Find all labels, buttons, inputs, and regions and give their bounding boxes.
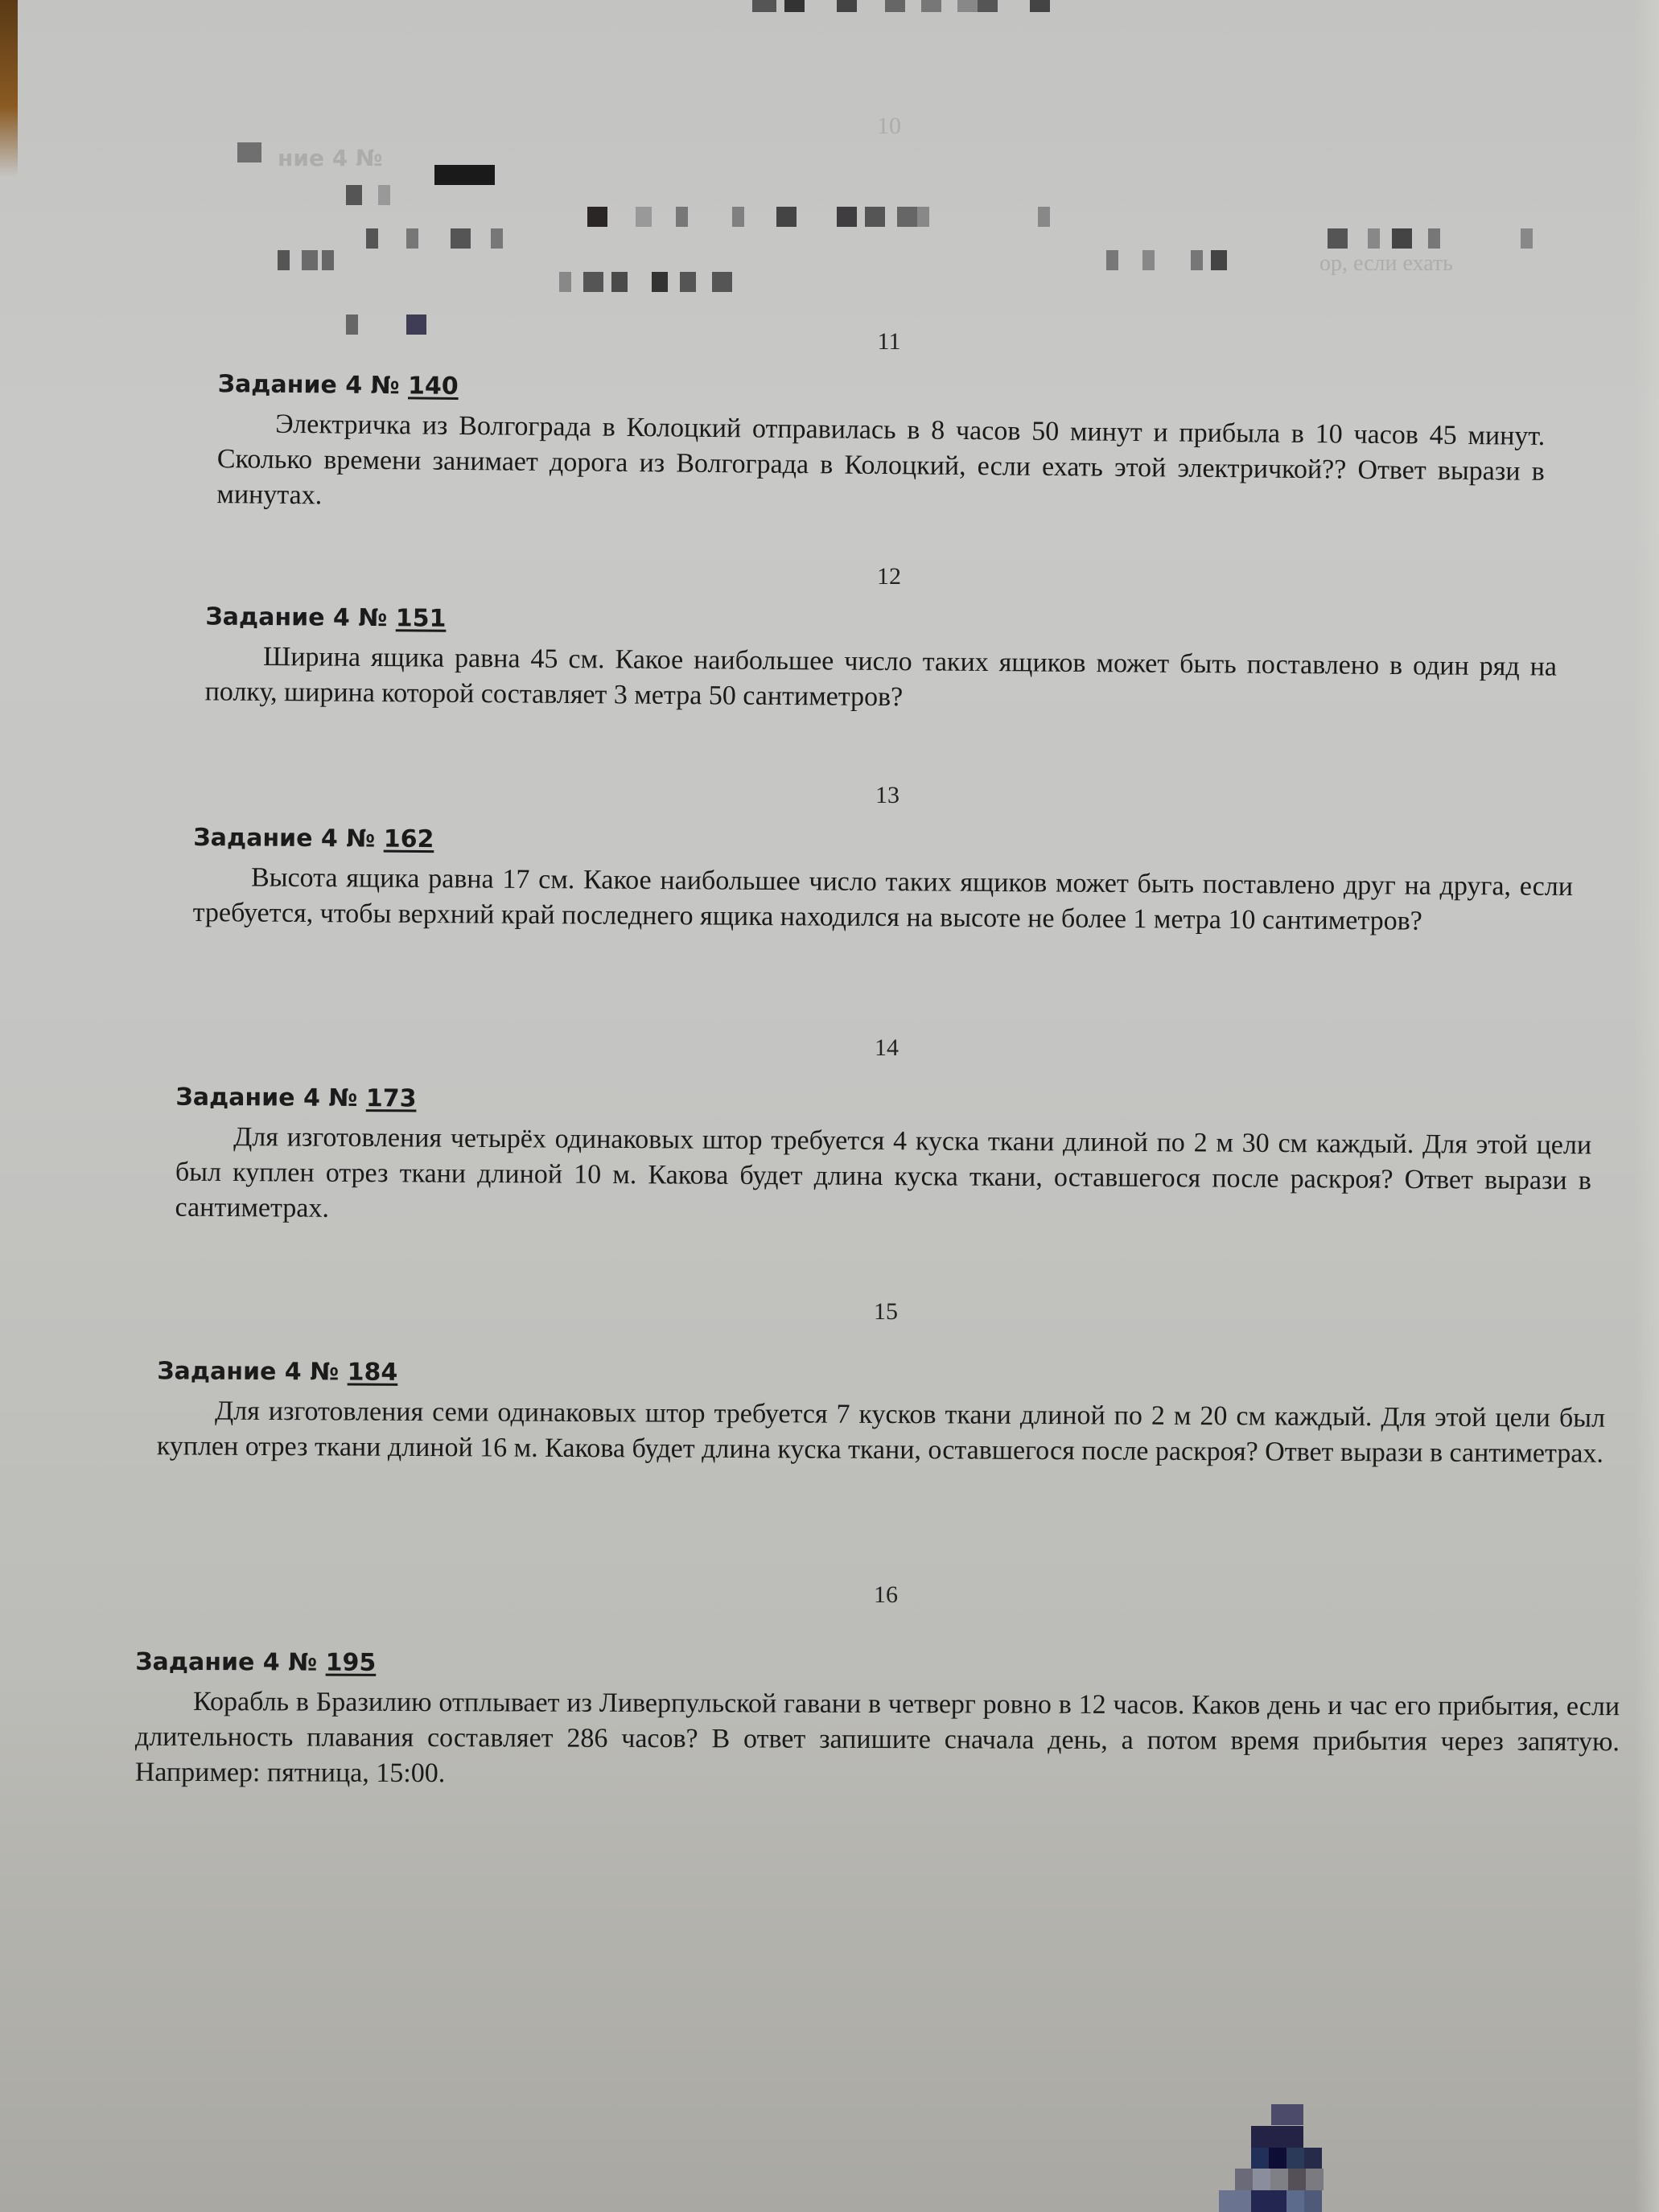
pixel-block (1142, 250, 1155, 270)
task-173: Задание 4 № 173 Для изготовления четырёх… (175, 1083, 1591, 1235)
task-184: Задание 4 № 184 Для изготовления семи од… (157, 1357, 1606, 1471)
task-number-link[interactable]: 195 (326, 1649, 377, 1677)
pixel-block (1251, 2148, 1269, 2169)
task-151: Задание 4 № 151 Ширина ящика равна 45 см… (205, 602, 1558, 720)
task-195: Задание 4 № 195 Корабль в Бразилию отплы… (135, 1648, 1620, 1795)
pixel-block (346, 315, 358, 335)
pixel-block (434, 165, 495, 185)
pixel-block (491, 228, 503, 249)
task-140: Задание 4 № 140 Электричка из Волгограда… (216, 370, 1546, 525)
page-number-faded: 10 (877, 113, 901, 140)
pixel-block (366, 228, 378, 249)
pixel-block (676, 207, 688, 227)
pixel-block (1328, 228, 1348, 249)
pixel-block (1253, 2169, 1270, 2190)
pixel-block (346, 185, 362, 205)
pixel-block (559, 272, 571, 292)
page-number: 16 (874, 1581, 898, 1609)
pixel-block (865, 207, 885, 227)
page-number: 12 (877, 563, 901, 590)
pixel-block (1211, 250, 1227, 270)
pixel-block (278, 250, 290, 270)
pixel-block (1271, 2104, 1303, 2125)
pixel-block (1304, 2190, 1322, 2212)
pixel-block (897, 207, 917, 227)
pixel-block (451, 228, 471, 249)
pixel-block (1270, 2169, 1288, 2190)
task-heading: Задание 4 № 195 (135, 1648, 1620, 1681)
task-label: Задание 4 № (193, 824, 375, 853)
pixel-block (378, 185, 390, 205)
pixel-block (237, 142, 261, 162)
pixel-block (837, 207, 857, 227)
task-number-link[interactable]: 140 (408, 372, 459, 401)
pixel-block (1304, 2148, 1322, 2169)
task-text: Ширина ящика равна 45 см. Какое наибольш… (205, 639, 1558, 720)
pixel-block (784, 0, 805, 12)
task-label: Задание 4 № (157, 1357, 339, 1386)
page-number: 14 (875, 1034, 899, 1062)
pixel-block (406, 315, 426, 335)
pixel-block (636, 207, 652, 227)
pixel-block (1219, 2190, 1251, 2212)
pixel-block (712, 272, 732, 292)
pixel-block (1191, 250, 1203, 270)
table-edge (0, 0, 18, 177)
pixel-block (1030, 0, 1050, 12)
pixel-block (1286, 2190, 1304, 2212)
pixel-block (583, 272, 603, 292)
pixel-block (1235, 2169, 1253, 2190)
pixel-block (322, 250, 334, 270)
redacted-heading-partial: ние 4 № (278, 145, 383, 171)
pixel-block (680, 272, 696, 292)
task-number-link[interactable]: 173 (366, 1084, 417, 1112)
pixel-block (1251, 2126, 1303, 2148)
pixel-block (652, 272, 668, 292)
pixel-block (1106, 250, 1118, 270)
paper-edge-highlight (1635, 0, 1659, 2212)
pixel-block (776, 207, 797, 227)
pixel-block (1392, 228, 1412, 249)
pixel-block (1288, 2169, 1306, 2190)
pixel-block (957, 0, 978, 12)
pixel-block (917, 207, 929, 227)
task-text: Электричка из Волгограда в Колоцкий отпр… (216, 406, 1545, 525)
pixel-block (1521, 228, 1533, 249)
pixel-block (752, 0, 776, 12)
pixel-block (837, 0, 857, 12)
task-label: Задание 4 № (205, 602, 387, 632)
page-number: 15 (874, 1298, 898, 1326)
pixel-block (885, 0, 905, 12)
task-text: Корабль в Бразилию отплывает из Ливерпул… (135, 1684, 1620, 1795)
pixel-block (406, 228, 418, 249)
pixel-block (1269, 2148, 1286, 2169)
page-number: 13 (875, 782, 899, 809)
task-number-link[interactable]: 184 (348, 1359, 398, 1387)
pixel-block (302, 250, 318, 270)
task-label: Задание 4 № (175, 1083, 357, 1112)
pixel-block (1306, 2169, 1323, 2190)
pixel-block (1251, 2190, 1286, 2212)
pixel-block (978, 0, 998, 12)
pixel-block (611, 272, 628, 292)
task-label: Задание 4 № (135, 1648, 317, 1677)
pixel-block (1368, 228, 1380, 249)
pixel-block (1428, 228, 1440, 249)
task-label: Задание 4 № (218, 370, 400, 400)
task-text: Высота ящика равна 17 см. Какое наибольш… (193, 860, 1574, 940)
task-162: Задание 4 № 162 Высота ящика равна 17 см… (193, 824, 1574, 940)
task-number-link[interactable]: 151 (396, 604, 447, 632)
task-text: Для изготовления четырёх одинаковых штор… (175, 1120, 1591, 1235)
task-text: Для изготовления семи одинаковых штор тр… (157, 1393, 1605, 1471)
pixel-block (1286, 2148, 1304, 2169)
pixel-block (921, 0, 941, 12)
redacted-text-partial: ор, если ехать (1319, 251, 1453, 277)
pixel-block (1038, 207, 1050, 227)
task-number-link[interactable]: 162 (384, 825, 434, 853)
pixel-block (587, 207, 607, 227)
page-number: 11 (878, 328, 901, 356)
pixel-block (732, 207, 744, 227)
